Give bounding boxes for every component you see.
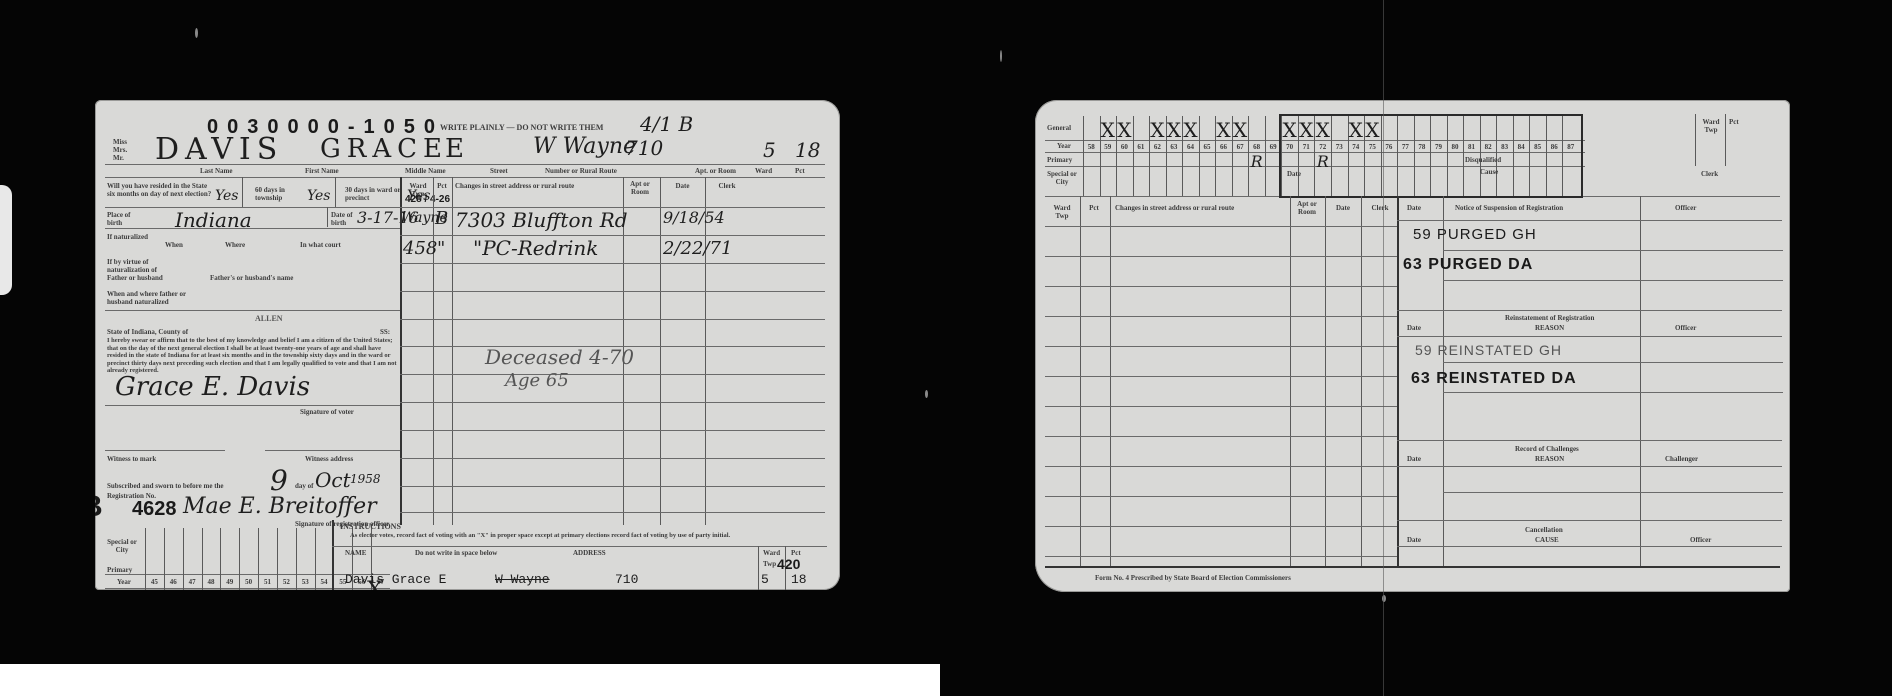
instructions-stamp-pct: 420 [777, 556, 800, 572]
film-edge [0, 185, 12, 295]
instructions-address-label: ADDRESS [573, 549, 606, 557]
cancellation-officer-header: Officer [1690, 536, 1711, 544]
title-mrs: Mrs. [113, 146, 127, 154]
suspension-entry-1: 59 PURGED GH [1413, 226, 1537, 243]
naturalized-when-label: When [165, 241, 183, 249]
grid-year-cell: 53 [296, 578, 315, 586]
witness-label: Witness to mark [107, 455, 156, 463]
grid-column-line [1083, 116, 1084, 196]
grid-year-cell: 46 [164, 578, 183, 586]
grid-year-cell: 58 [1083, 143, 1100, 151]
registrar-signature: Mae E. Breitoffer [183, 494, 377, 519]
cause-label: Cause [1480, 168, 1498, 176]
form-footer: Form No. 4 Prescribed by State Board of … [1095, 574, 1291, 582]
residence-q1-label: Will you have resided in the State six m… [107, 182, 212, 198]
residence-q1-answer: Yes [215, 188, 239, 204]
registration-card-front: 0030000-1050 WRITE PLAINLY — DO NOT WRIT… [95, 100, 840, 590]
challenges-reason-header: REASON [1535, 455, 1564, 463]
oath-heading: State of Indiana, County of [107, 328, 188, 336]
general-vote-mark: X [1114, 118, 1135, 142]
subscribed-label: Subscribed and sworn to before me the [107, 482, 224, 490]
naturalized-court-label: In what court [300, 241, 341, 249]
right-grid-special-label: Special or City [1047, 170, 1077, 186]
grid-column-line [1265, 116, 1266, 196]
grid-year-cell: 48 [202, 578, 221, 586]
changes-row2-date: 2/22/71 [663, 238, 732, 259]
number-label: Number or Rural Route [545, 167, 617, 175]
instructions-name-label: NAME [345, 549, 366, 557]
deceased-annotation: Deceased 4-70 [485, 345, 634, 369]
general-vote-mark: X [1230, 118, 1251, 142]
voter-signature: Grace E. Davis [115, 372, 310, 402]
grid-year-cell: 52 [277, 578, 296, 586]
row-line [1045, 256, 1397, 257]
side-letter: B [95, 490, 104, 524]
typed-pct: 18 [791, 572, 807, 587]
row-line [1045, 376, 1397, 377]
oath-ss: SS: [380, 328, 390, 336]
suspension-date-header: Date [1407, 204, 1421, 212]
residence-q3-label: 30 days in ward or precinct [345, 186, 405, 202]
age-annotation: Age 65 [505, 370, 569, 391]
changes-row1-pct: B [435, 208, 448, 229]
header-notice: WRITE PLAINLY — DO NOT WRITE THEM [440, 124, 603, 132]
cancellation-date-header: Date [1407, 536, 1421, 544]
boxed-year-section [1279, 114, 1583, 198]
challenges-challenger-header: Challenger [1665, 455, 1698, 463]
right-pct-label: Pct [1729, 118, 1739, 126]
grid-column-line [1199, 116, 1200, 196]
pct-label: Pct [795, 167, 805, 175]
title-mr: Mr. [113, 154, 124, 162]
row-line [1045, 286, 1397, 287]
right-grid-primary-label: Primary [1047, 156, 1072, 164]
last-name-label: Last Name [200, 167, 232, 175]
last-name: DAVIS [155, 132, 283, 167]
disqualified-label: Disqualified [1465, 156, 1501, 164]
reinstatement-date-header: Date [1407, 324, 1421, 332]
father-husband-label: If by virtue of naturalization of Father… [107, 258, 172, 282]
typed-ward: 5 [761, 572, 769, 587]
county-value: ALLEN [255, 314, 283, 323]
grid-special-label: Special or City [107, 538, 137, 554]
row-line [1045, 436, 1397, 437]
grid-year-cell: 68 [1248, 143, 1265, 151]
first-name: GRACE [320, 134, 448, 164]
grid-year-cell: 49 [220, 578, 239, 586]
cancellation-cause-header: CAUSE [1535, 536, 1559, 544]
birthplace-label: Place of birth [107, 211, 147, 227]
grid-year-cell: 50 [239, 578, 258, 586]
challenges-title: Record of Challenges [1515, 445, 1579, 453]
suspension-officer-header: Officer [1675, 204, 1696, 212]
reinstatement-entry-2: 63 REINSTATED DA [1411, 370, 1577, 388]
voter-signature-label: Signature of voter [300, 408, 354, 416]
title-miss: Miss [113, 138, 127, 146]
reinstatement-entry-1: 59 REINSTATED GH [1415, 342, 1562, 358]
ward-value: 5 [763, 138, 776, 162]
right-ward-twp-label: Ward Twp [1698, 118, 1724, 134]
instructions-twp-label: Twp [763, 560, 776, 568]
changes-header-pct: Pct [433, 182, 451, 190]
suspension-notice-header: Notice of Suspension of Registration [1455, 204, 1563, 212]
changes-row1-address: 7303 Bluffton Rd [455, 208, 628, 232]
typed-street: W Wayne [495, 572, 550, 587]
general-vote-mark: X [1180, 118, 1201, 142]
changes-header-date: Date [665, 182, 700, 190]
changes-header-apt: Apt or Room [625, 180, 655, 196]
reinstatement-reason-header: REASON [1535, 324, 1564, 332]
challenges-date-header: Date [1407, 455, 1421, 463]
grid-column-line [1133, 116, 1134, 196]
registration-no: 4628 [132, 498, 177, 521]
residence-q2-label: 60 days in township [255, 186, 305, 202]
grid-year-cell: 67 [1232, 143, 1249, 151]
row-line [1045, 466, 1397, 467]
oath-text: I hereby swear or affirm that to the bes… [107, 337, 397, 375]
apt-label: Apt. or Room [695, 167, 736, 175]
father-husband-name-label: Father's or husband's name [210, 274, 293, 282]
row-line [1045, 556, 1397, 557]
street-label: Street [490, 167, 508, 175]
subscribed-month: Oct [315, 468, 351, 492]
right-grid-year-label: Year [1057, 142, 1071, 150]
grid-year-cell: 54 [315, 578, 334, 586]
back-changes-rows [1045, 196, 1397, 566]
grid-year-cell: 62 [1149, 143, 1166, 151]
blank-region [0, 664, 940, 696]
grid-year-label: Year [117, 578, 131, 586]
changes-row1-date: 9/18/54 [663, 208, 725, 227]
instructions-text: As elector votes, record fact of voting … [350, 532, 805, 540]
residence-q2-answer: Yes [307, 188, 331, 204]
day-of-label: day of [295, 482, 313, 490]
grid-year-cell: 64 [1182, 143, 1199, 151]
reinstatement-officer-header: Officer [1675, 324, 1696, 332]
typed-number: 710 [615, 572, 638, 587]
changes-stamp: 428 / 4-26 [405, 194, 450, 205]
header-handwritten: 4/1 B [640, 112, 693, 136]
changes-header-address: Changes in street address or rural route [455, 182, 620, 190]
subscribed-day: 9 [270, 464, 288, 497]
grid-year-cell: 59 [1100, 143, 1117, 151]
registration-card-back: General Year Primary Special or City 585… [1035, 100, 1790, 592]
grid-year-cell: 51 [258, 578, 277, 586]
right-clerk-label: Clerk [1701, 170, 1718, 178]
naturalized-label: If naturalized [107, 233, 152, 241]
witness-address-label: Witness address [305, 455, 353, 463]
father-husband-where-label: When and where father or husband natural… [107, 290, 207, 306]
grid-year-cell: 47 [183, 578, 202, 586]
pct-value: 18 [795, 138, 820, 162]
grid-year-cell: 61 [1133, 143, 1150, 151]
changes-header-clerk: Clerk [707, 182, 747, 190]
subscribed-year: 1958 [350, 472, 381, 486]
reinstatement-title: Reinstatement of Registration [1505, 314, 1594, 322]
middle-name: E [445, 134, 464, 164]
instructions-do-not-write: Do not write in space below [415, 549, 497, 557]
changes-row2-ward: 458 [403, 238, 437, 259]
street-number: 710 [625, 136, 663, 160]
row-line [1045, 346, 1397, 347]
boxed-date-label: Date [1287, 170, 1301, 178]
grid-year-cell: 65 [1199, 143, 1216, 151]
instructions-heading: INSTRUCTIONS [340, 523, 401, 531]
ward-label: Ward [755, 167, 772, 175]
suspension-entry-2: 63 PURGED DA [1403, 256, 1533, 274]
changes-row2-address: "PC-Redrink [473, 236, 598, 260]
grid-year-cell: 66 [1215, 143, 1232, 151]
row-line [1045, 526, 1397, 527]
right-grid-general-label: General [1047, 124, 1071, 132]
grid-primary-label: Primary [107, 566, 132, 574]
street: W Wayne [533, 134, 636, 159]
middle-name-label: Middle Name [405, 167, 446, 175]
grid-year-cell: 60 [1116, 143, 1133, 151]
primary-vote-mark: R [1248, 152, 1265, 171]
typed-name: Davis Grace E [345, 572, 446, 587]
grid-year-cell: 45 [145, 578, 164, 586]
grid-year-cell: 63 [1166, 143, 1183, 151]
cancellation-title: Cancellation [1525, 526, 1563, 534]
naturalized-where-label: Where [225, 241, 245, 249]
row-line [1045, 406, 1397, 407]
row-line [1045, 226, 1397, 227]
changes-row2-pct: " [437, 238, 445, 259]
row-line [1045, 316, 1397, 317]
first-name-label: First Name [305, 167, 339, 175]
row-line [1045, 496, 1397, 497]
